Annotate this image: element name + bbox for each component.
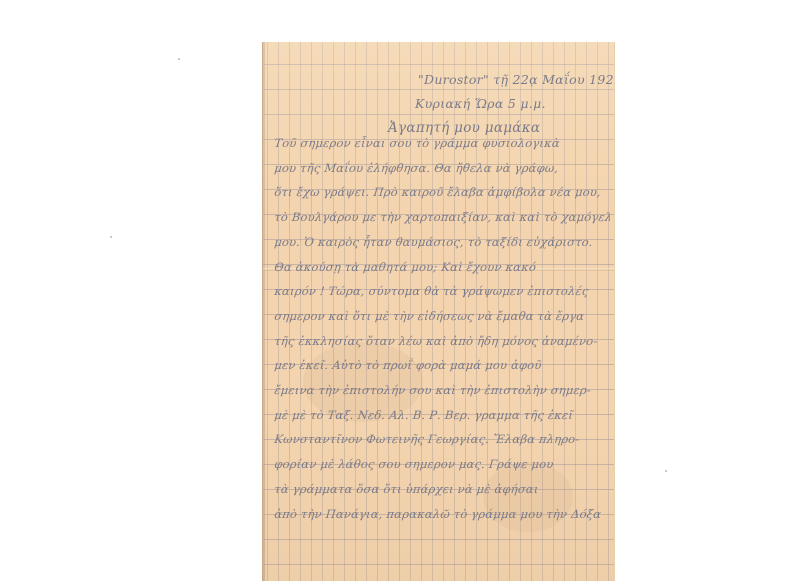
letter-line: Κωνσταντῖνον Φωτεινῆς Γεωργίας. Ἔλαβα πλ… xyxy=(273,432,611,452)
letter-line: μὲ μὲ τὸ Ταξ. Νεδ. Αλ. Β. Ρ. Βερ. γραμμα… xyxy=(273,408,611,428)
letter-line: μεν ἐκεῖ. Αὐτὸ τὸ πρωΐ φορὰ μαμά μου ἀφο… xyxy=(273,358,611,378)
letter-line: τὰ γράμματα ὅσα ὅτι ὑπάρχει νὰ μὲ ἀφήσαι xyxy=(273,482,611,502)
day-time-line: Κυριακή Ὥρα 5 μ.μ. xyxy=(415,96,546,111)
letter-line: μου τῆς Μαΐου ἐλήφθησα. Θα ἤθελα νὰ γράφ… xyxy=(273,161,611,181)
letter-line: τὸ Βουλγάρου με τὴν χαρτοπαιξίαν, καὶ κα… xyxy=(273,210,611,230)
letter-line: ἔμεινα τὴν ἐπιστολήν σου καὶ τὴν ἐπιστολ… xyxy=(273,383,611,403)
letter-line: μου. Ὁ καιρὸς ἦταν θαυμάσιος, τὸ ταξίδι … xyxy=(273,235,611,255)
letter-line: ὅτι ἔχω γράψει. Πρὸ καιροῦ ἔλαβα ἀμφίβολ… xyxy=(273,185,611,205)
letter-line: ἀπὸ τὴν Πανάγια, παρακαλῶ τὸ γράμμα μου … xyxy=(273,507,611,527)
salutation-line: Ἀγαπητή μου μαμάκα xyxy=(388,120,540,136)
letter-page: "Durostor" τῇ 22ᾳ Μαΐου 1922 Κυριακή Ὥρα… xyxy=(263,42,614,581)
margin-speck xyxy=(110,236,112,238)
letter-line: φορίαν μὲ λάθος σου σημερον μας. Γράψε μ… xyxy=(273,457,611,477)
page-edge xyxy=(263,42,265,581)
place-date-line: "Durostor" τῇ 22ᾳ Μαΐου 1922 xyxy=(418,72,614,87)
letter-line: σημερον καὶ ὅτι μὲ τὴν εἰδήσεως νὰ ἔμαθα… xyxy=(273,309,611,329)
margin-speck xyxy=(665,470,667,472)
letter-line: Θα ἀκούσῃ τὰ μαθητά μου; Καὶ ἔχουν κακό xyxy=(273,260,611,280)
margin-speck xyxy=(178,58,180,60)
letter-line: τῆς ἐκκλησίας ὅταν λέω καὶ ἀπὸ ἤδη μόνος… xyxy=(273,334,611,354)
letter-line: καιρόν ! Τώρα, σύντομα θὰ τὰ γράψωμεν ἐπ… xyxy=(273,284,611,304)
letter-line: Τοῦ σημερον εἶναι σου τὸ γράμμα φυσιολογ… xyxy=(273,136,611,156)
